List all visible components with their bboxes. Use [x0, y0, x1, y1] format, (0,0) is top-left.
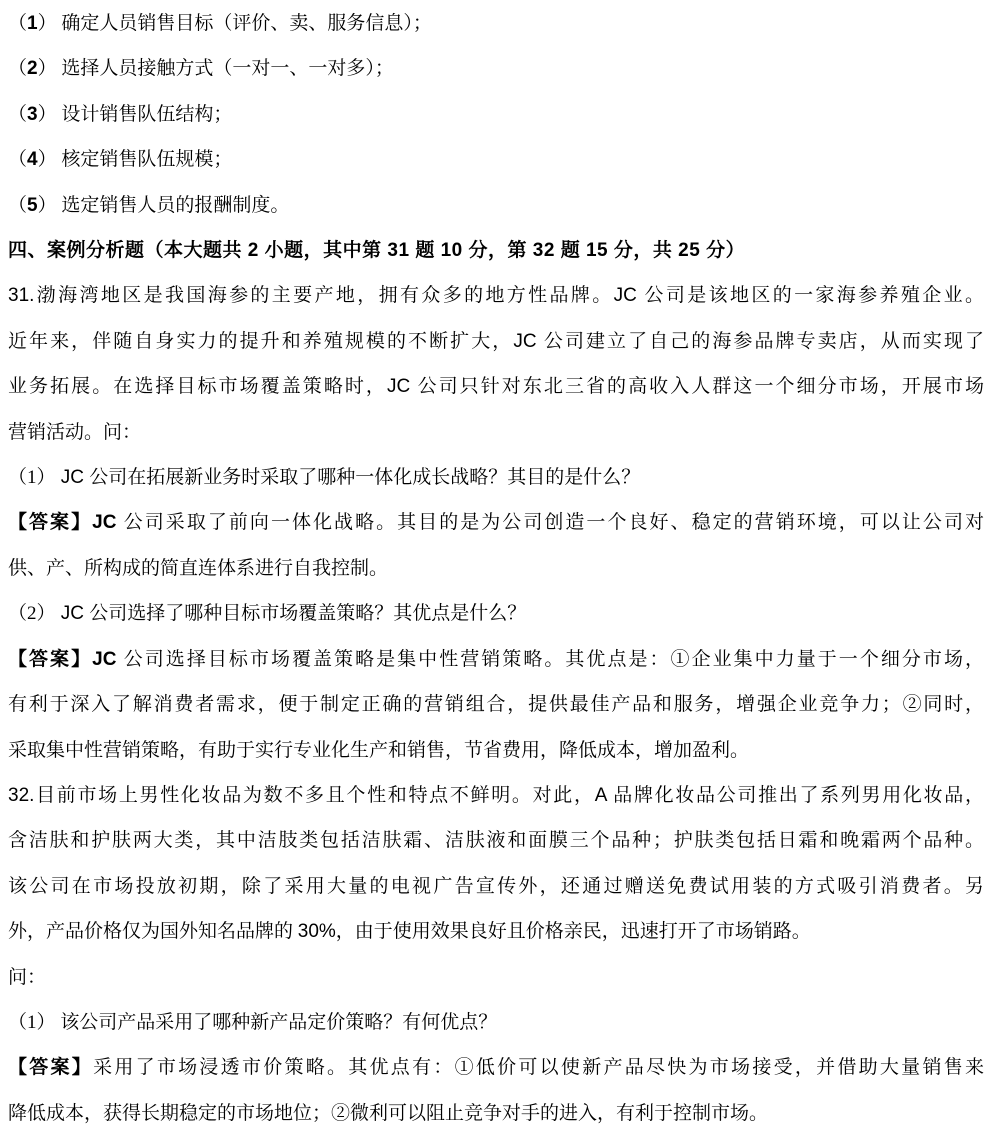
- text-run: 【答案】: [8, 649, 92, 670]
- text-run: 采用了市场浸透市价策略。其优点有：①低价可以使新产品尽快为市场接受，并借助大量销…: [93, 1057, 984, 1078]
- text-run: 目前市场上男性化妆品为数不多且个性和特点不鲜明。对此，: [34, 785, 594, 806]
- case-31-answer-2-line-1: 【答案】JC 公司选择目标市场覆盖策略是集中性营销策略。其优点是：①企业集中力量…: [8, 637, 984, 682]
- case-31-answer-1-line-1: 【答案】JC 公司采取了前向一体化战略。其目的是为公司创造一个良好、稳定的营销环…: [8, 500, 984, 545]
- text-run: 【答案】: [8, 512, 92, 533]
- text-run: 营销活动。问：: [8, 422, 141, 443]
- text-run: 4: [27, 149, 38, 170]
- case-32-body-line-4: 外，产品价格仅为国外知名品牌的 30%，由于使用效果良好且价格亲民，迅速打开了市…: [8, 909, 984, 954]
- text-run: 公司在拓展新业务时采取了哪种一体化成长战略？其目的是什么？: [89, 467, 640, 488]
- text-run: ）: [38, 104, 57, 125]
- case-31-question-2: （2） JC 公司选择了哪种目标市场覆盖策略？其优点是什么？: [8, 591, 984, 636]
- text-run: 选择人员接触方式（一对一、一对多）；: [57, 58, 394, 79]
- document-lines: （1） 确定人员销售目标（评价、卖、服务信息）；（2） 选择人员接触方式（一对一…: [8, 1, 984, 1136]
- text-run: 5: [27, 195, 38, 216]
- text-run: 含洁肤和护肤两大类，其中洁肢类包括洁肤霜、洁肤液和面膜三个品种；护肤类包括日霜和…: [8, 830, 984, 851]
- text-run: 3: [27, 104, 38, 125]
- text-run: 31.: [8, 285, 34, 306]
- case-32-body-line-2: 含洁肤和护肤两大类，其中洁肢类包括洁肤霜、洁肤液和面膜三个品种；护肤类包括日霜和…: [8, 818, 984, 863]
- text-run: （: [8, 195, 27, 216]
- text-run: （: [8, 58, 27, 79]
- case-31-body-line-3: 业务拓展。在选择目标市场覆盖策略时，JC 公司只针对东北三省的高收入人群这一个细…: [8, 364, 984, 409]
- text-run: JC: [56, 467, 90, 488]
- text-run: 公司是该地区的一家海参养殖企业。: [645, 285, 984, 306]
- text-run: ）: [38, 195, 57, 216]
- case-32-body-line-3: 该公司在市场投放初期，除了采用大量的电视广告宣传外，还通过赠送免费试用装的方式吸…: [8, 864, 984, 909]
- case-31-body-line-2: 近年来，伴随自身实力的提升和养殖规模的不断扩大，JC 公司建立了自己的海参品牌专…: [8, 319, 984, 364]
- procedure-step-4: （4） 核定销售队伍规模；: [8, 137, 984, 182]
- procedure-step-1: （1） 确定人员销售目标（评价、卖、服务信息）；: [8, 1, 984, 46]
- case-32-body-line-1: 32.目前市场上男性化妆品为数不多且个性和特点不鲜明。对此，A 品牌化妆品公司推…: [8, 773, 984, 818]
- case-32-question-1: （1） 该公司产品采用了哪种新产品定价策略？有何优点？: [8, 1000, 984, 1045]
- text-run: 30%: [298, 921, 336, 942]
- text-run: （1）: [8, 467, 56, 488]
- text-run: JC: [614, 285, 645, 306]
- text-run: 公司采取了前向一体化战略。其目的是为公司创造一个良好、稳定的营销环境，可以让公司…: [124, 512, 984, 533]
- case-31-body-line-1: 31.渤海湾地区是我国海参的主要产地，拥有众多的地方性品牌。JC 公司是该地区的…: [8, 273, 984, 318]
- text-run: 32.: [8, 785, 34, 806]
- text-run: 业务拓展。在选择目标市场覆盖策略时，: [8, 376, 387, 397]
- text-run: 有利于深入了解消费者需求，便于制定正确的营销组合，提供最佳产品和服务，增强企业竞…: [8, 694, 984, 715]
- text-run: ，由于使用效果良好且价格亲民，迅速打开了市场销路。: [336, 921, 811, 942]
- text-run: JC: [387, 376, 418, 397]
- procedure-step-5: （5） 选定销售人员的报酬制度。: [8, 183, 984, 228]
- text-run: （: [8, 104, 27, 125]
- case-31-answer-2-line-2: 有利于深入了解消费者需求，便于制定正确的营销组合，提供最佳产品和服务，增强企业竞…: [8, 682, 984, 727]
- text-run: 1: [27, 13, 38, 34]
- text-run: （1） 该公司产品采用了哪种新产品定价策略？有何优点？: [8, 1012, 497, 1033]
- text-run: （2）: [8, 603, 56, 624]
- case-31-body-line-4: 营销活动。问：: [8, 410, 984, 455]
- case-31-answer-2-line-3: 采取集中性营销策略，有助于实行专业化生产和销售，节省费用，降低成本，增加盈利。: [8, 728, 984, 773]
- text-run: 采取集中性营销策略，有助于实行专业化生产和销售，节省费用，降低成本，增加盈利。: [8, 740, 749, 761]
- case-32-answer-1-line-2: 降低成本，获得长期稳定的市场地位；②微利可以阻止竞争对手的进入，有利于控制市场。: [8, 1091, 984, 1136]
- text-run: 【答案】: [8, 1057, 93, 1078]
- text-run: 确定人员销售目标（评价、卖、服务信息）；: [57, 13, 432, 34]
- case-31-answer-1-line-2: 供、产、所构成的简直连体系进行自我控制。: [8, 546, 984, 591]
- text-run: 公司选择了哪种目标市场覆盖策略？其优点是什么？: [89, 603, 526, 624]
- text-run: 品牌化妆品公司推出了系列男用化妆品，: [613, 785, 984, 806]
- text-run: JC: [56, 603, 90, 624]
- text-run: ）: [38, 13, 57, 34]
- text-run: 渤海湾地区是我国海参的主要产地，拥有众多的地方性品牌。: [34, 285, 613, 306]
- text-run: 供、产、所构成的简直连体系进行自我控制。: [8, 558, 388, 579]
- text-run: A: [595, 785, 614, 806]
- case-31-question-1: （1） JC 公司在拓展新业务时采取了哪种一体化成长战略？其目的是什么？: [8, 455, 984, 500]
- text-run: 降低成本，获得长期稳定的市场地位；②微利可以阻止竞争对手的进入，有利于控制市场。: [8, 1103, 768, 1124]
- section-4-heading: 四、案例分析题（本大题共 2 小题，其中第 31 题 10 分，第 32 题 1…: [8, 228, 984, 273]
- text-run: ）: [38, 58, 57, 79]
- text-run: （: [8, 13, 27, 34]
- procedure-step-2: （2） 选择人员接触方式（一对一、一对多）；: [8, 46, 984, 91]
- text-run: JC: [513, 331, 544, 352]
- text-run: 外，产品价格仅为国外知名品牌的: [8, 921, 298, 942]
- text-run: 公司只针对东北三省的高收入人群这一个细分市场，开展市场: [418, 376, 984, 397]
- text-run: 公司选择目标市场覆盖策略是集中性营销策略。其优点是：①企业集中力量于一个细分市场…: [124, 649, 984, 670]
- document-page: （1） 确定人员销售目标（评价、卖、服务信息）；（2） 选择人员接触方式（一对一…: [0, 0, 992, 1137]
- text-run: JC: [92, 649, 124, 670]
- text-run: 公司建立了自己的海参品牌专卖店，从而实现了: [544, 331, 984, 352]
- text-run: 选定销售人员的报酬制度。: [57, 195, 290, 216]
- procedure-step-3: （3） 设计销售队伍结构；: [8, 92, 984, 137]
- case-32-answer-1-line-1: 【答案】采用了市场浸透市价策略。其优点有：①低价可以使新产品尽快为市场接受，并借…: [8, 1045, 984, 1090]
- text-run: ）: [38, 149, 57, 170]
- text-run: 近年来，伴随自身实力的提升和养殖规模的不断扩大，: [8, 331, 513, 352]
- text-run: 该公司在市场投放初期，除了采用大量的电视广告宣传外，还通过赠送免费试用装的方式吸…: [8, 876, 984, 897]
- text-run: （: [8, 149, 27, 170]
- case-32-prompt: 问：: [8, 955, 984, 1000]
- text-run: 问：: [8, 967, 46, 988]
- text-run: 2: [27, 58, 38, 79]
- text-run: 四、案例分析题（本大题共 2 小题，其中第 31 题 10 分，第 32 题 1…: [8, 240, 745, 261]
- text-run: JC: [92, 512, 124, 533]
- text-run: 核定销售队伍规模；: [57, 149, 233, 170]
- text-run: 设计销售队伍结构；: [57, 104, 233, 125]
